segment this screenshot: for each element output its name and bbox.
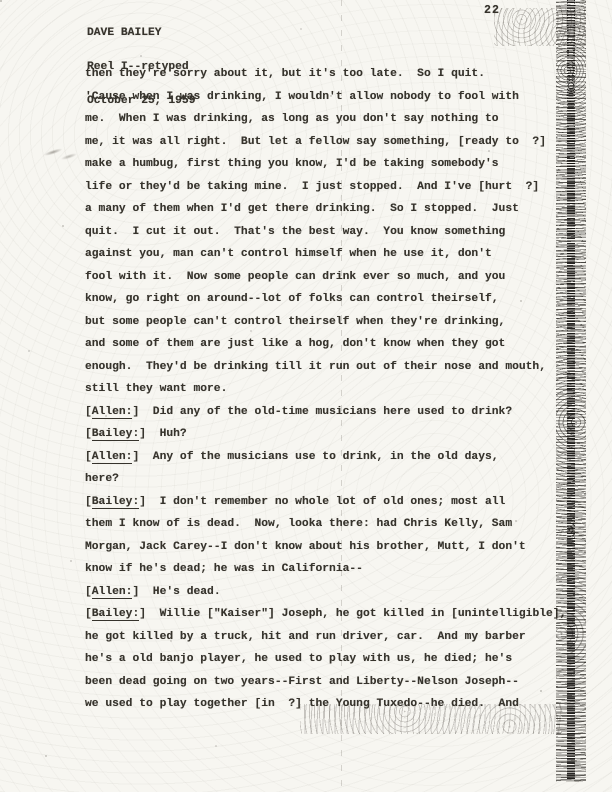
speaker-name: Bailey: [92,428,139,441]
transcript-text: ] Did any of the old-time musicians here… [132,406,512,418]
speaker-name: Bailey: [92,608,139,621]
transcript-line: fool with it. Now some people can drink … [85,266,590,289]
transcript-text: and some of them are just like a hog, do… [85,338,505,350]
transcript-line: life or they'd be taking mine. I just st… [85,176,590,199]
transcript-text: enough. They'd be drinking till it run o… [85,361,546,373]
transcript-text: [ [85,406,92,418]
speaker-name: Allen: [92,451,133,464]
transcript-text: been dead going on two years--First and … [85,676,519,688]
speaker-name: Bailey: [92,496,139,509]
document-page: DAVE BAILEY Reel I--retyped October 25, … [0,0,612,792]
transcript-line: here? [85,468,590,491]
speaker-name: Allen: [92,586,133,599]
transcript-text: [ [85,428,92,440]
transcript-line: a many of them when I'd get there drinki… [85,198,590,221]
transcript-text: me, it was all right. But let a fellow s… [85,136,546,148]
transcript-text: quit. I cut it out. That's the best way.… [85,226,505,238]
transcript-text: here? [85,473,119,485]
header-speaker-title: DAVE BAILEY [87,28,195,39]
transcript-line: he got killed by a truck, hit and run dr… [85,626,590,649]
transcript-text: [ [85,496,92,508]
transcript-line: been dead going on two years--First and … [85,671,590,694]
transcript-line: still they want more. [85,378,590,401]
transcript-line: them I know of is dead. Now, looka there… [85,513,590,536]
transcript-text: he's a old banjo player, he used to play… [85,653,512,665]
transcript-line: but some people can't control theirself … [85,311,590,334]
transcript-text: know if he's dead; he was in California-… [85,563,363,575]
transcript-line: know if he's dead; he was in California-… [85,558,590,581]
transcript-text: against you, man can't control himself w… [85,248,492,260]
transcript-text: [ [85,586,92,598]
transcript-line: [Allen:] Any of the musicians use to dri… [85,446,590,469]
transcript-line: he's a old banjo player, he used to play… [85,648,590,671]
transcript-line: and some of them are just like a hog, do… [85,333,590,356]
transcript-text: ] Any of the musicians use to drink, in … [132,451,498,463]
transcript-line: [Allen:] Did any of the old-time musicia… [85,401,590,424]
transcript-line: [Bailey:] Huh? [85,423,590,446]
transcript-line: [Bailey:] I don't remember no whole lot … [85,491,590,514]
scan-smudge-top-right [494,8,586,46]
transcript-line: me. When I was drinking, as long as you … [85,108,590,131]
transcript-line: make a humbug, first thing you know, I'd… [85,153,590,176]
transcript-text: ] Huh? [139,428,186,440]
transcript-text: them I know of is dead. Now, looka there… [85,518,512,530]
transcript-text: [ [85,608,92,620]
transcript-line: enough. They'd be drinking till it run o… [85,356,590,379]
transcript-text: make a humbug, first thing you know, I'd… [85,158,499,170]
transcript-text: ] Willie ["Kaiser"] Joseph, he got kille… [139,608,566,620]
transcript-line: me, it was all right. But let a fellow s… [85,131,590,154]
transcript-line: [Bailey:] Willie ["Kaiser"] Joseph, he g… [85,603,590,626]
scan-speckles [0,0,2,2]
scan-pencil-mark-left [37,134,89,173]
transcript-text: still they want more. [85,383,227,395]
transcript-text: me. When I was drinking, as long as you … [85,113,499,125]
transcript-text: but some people can't control theirself … [85,316,505,328]
transcript-text: he got killed by a truck, hit and run dr… [85,631,526,643]
speaker-name: Allen: [92,406,133,419]
transcript-line: then they're sorry about it, but it's to… [85,63,590,86]
transcript-line: against you, man can't control himself w… [85,243,590,266]
transcript-line: 'Cause when I was drinking, I wouldn't a… [85,86,590,109]
transcript-text: know, go right on around--lot of folks c… [85,293,499,305]
transcript-line: [Allen:] He's dead. [85,581,590,604]
transcript-text: fool with it. Now some people can drink … [85,271,505,283]
page-fold-crease [341,0,342,792]
transcript-text: then they're sorry about it, but it's to… [85,68,485,80]
transcript-text: [ [85,451,92,463]
transcript-text: 'Cause when I was drinking, I wouldn't a… [85,91,519,103]
transcript-text: a many of them when I'd get there drinki… [85,203,519,215]
transcript-text: ] I don't remember no whole lot of old o… [139,496,505,508]
transcript-text: ] He's dead. [132,586,220,598]
transcript-line: Morgan, Jack Carey--I don't know about h… [85,536,590,559]
scan-smudge-bottom [300,704,562,734]
transcript-text: Morgan, Jack Carey--I don't know about h… [85,541,526,553]
transcript-line: know, go right on around--lot of folks c… [85,288,590,311]
transcript-line: quit. I cut it out. That's the best way.… [85,221,590,244]
scan-noise-right-line [567,0,575,779]
transcript: then they're sorry about it, but it's to… [85,63,590,716]
transcript-text: life or they'd be taking mine. I just st… [85,181,539,193]
